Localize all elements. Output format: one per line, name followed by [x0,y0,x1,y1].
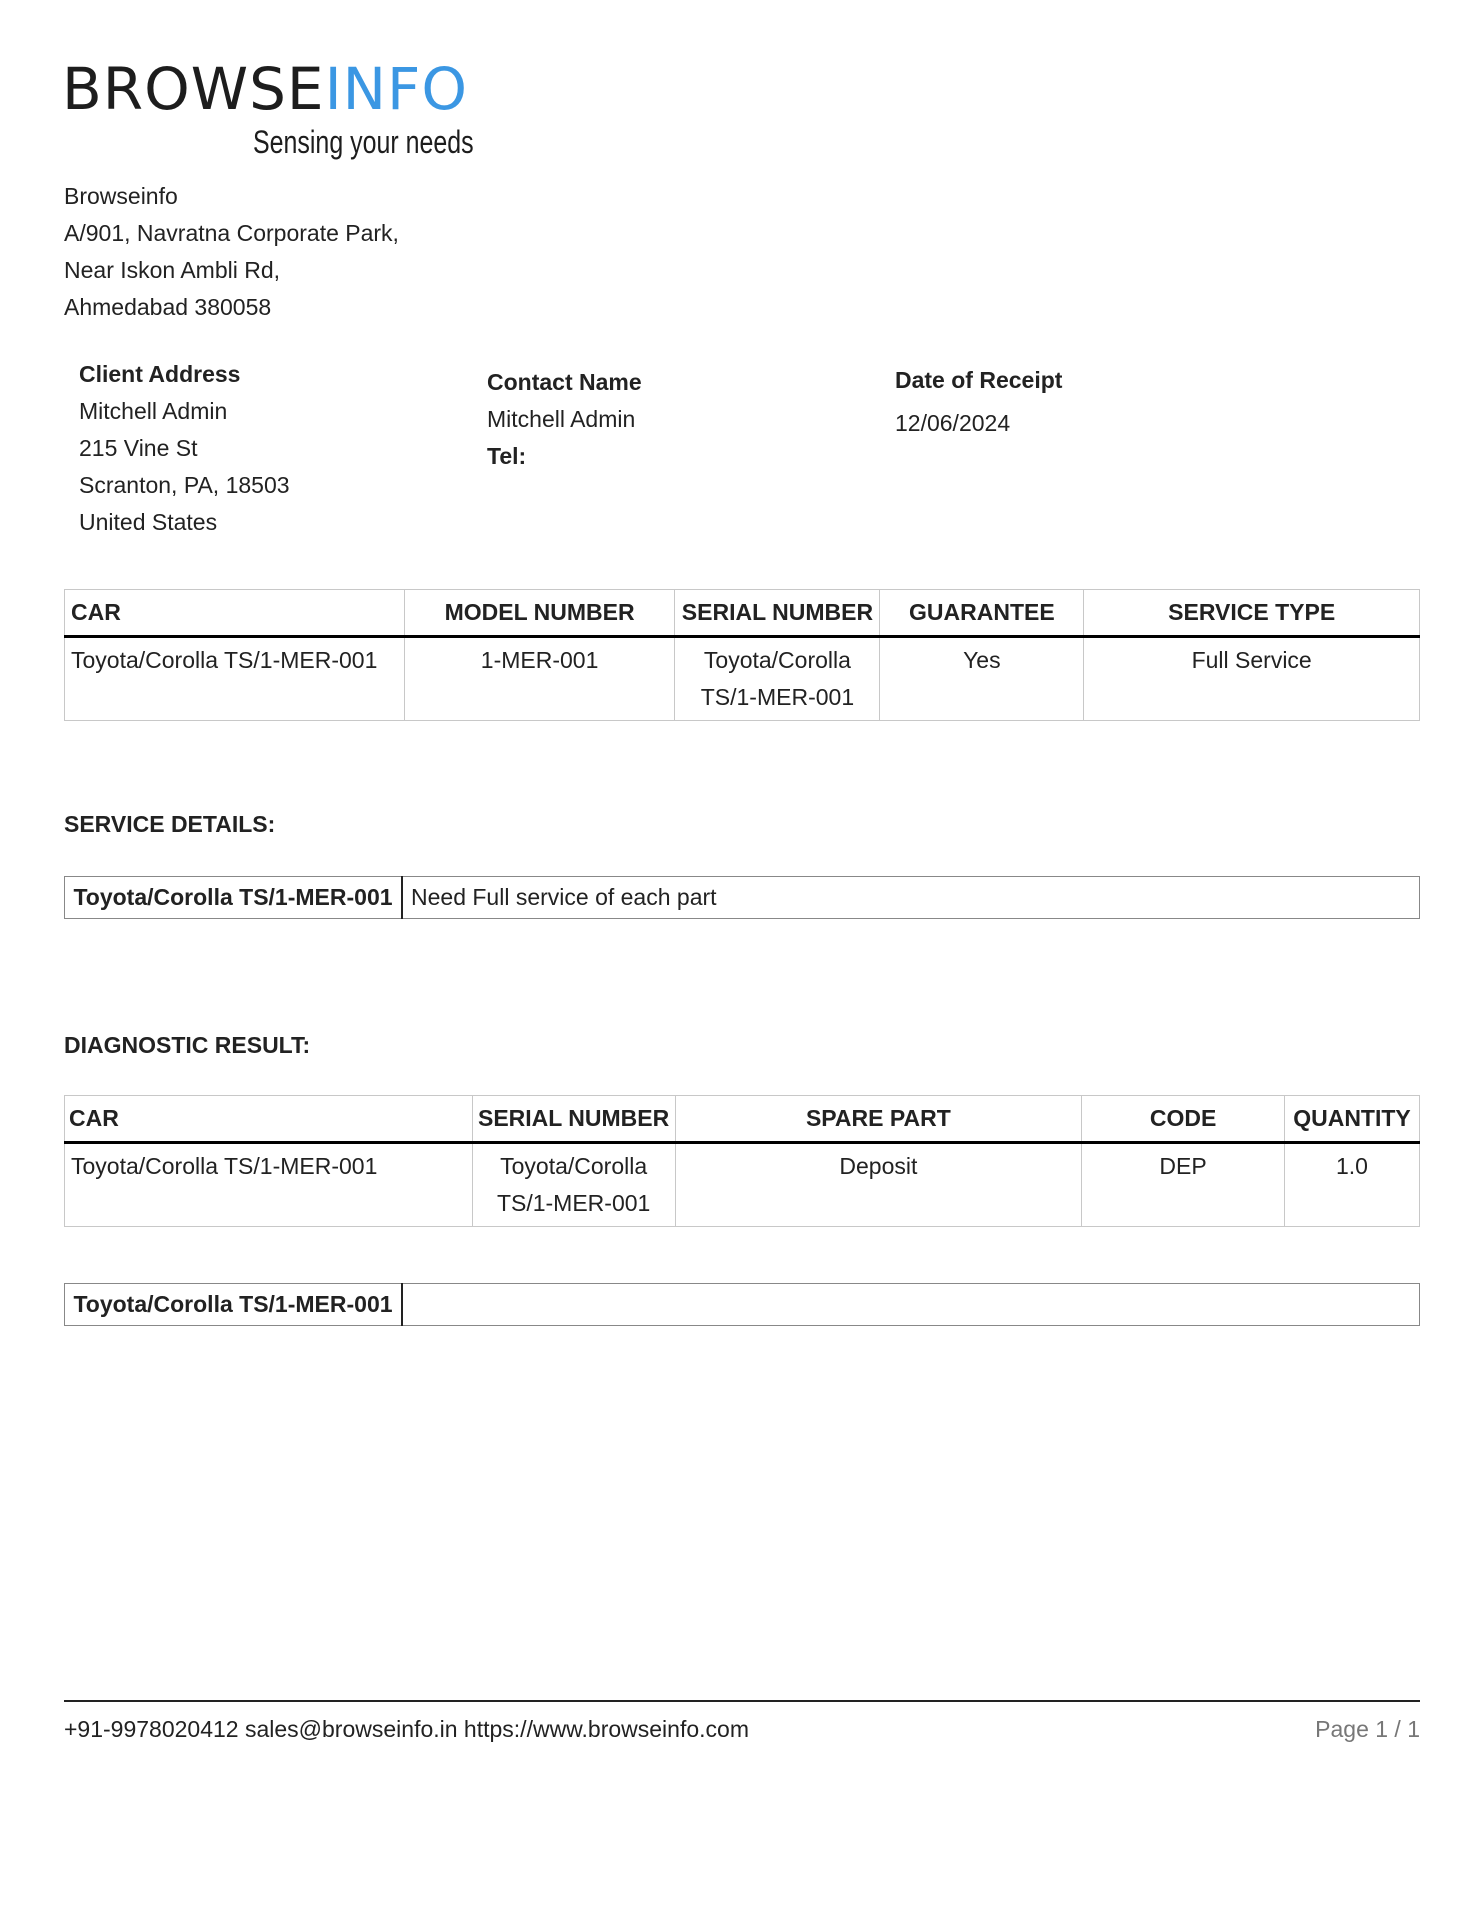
col-header-guarantee: GUARANTEE [880,590,1084,637]
diagnostic-summary-note [402,1284,1420,1326]
service-details-table: Toyota/Corolla TS/1-MER-001 Need Full se… [64,876,1420,919]
cell-model-number: 1-MER-001 [404,637,675,721]
col-header-spare-part: SPARE PART [675,1096,1082,1143]
date-of-receipt: 12/06/2024 [895,405,1062,442]
contact-name-label: Contact Name [487,364,642,401]
diagnostic-summary-table: Toyota/Corolla TS/1-MER-001 [64,1283,1420,1326]
col-header-code: CODE [1082,1096,1285,1143]
car-table: CAR MODEL NUMBER SERIAL NUMBER GUARANTEE… [64,589,1420,721]
diagnostic-table: CAR SERIAL NUMBER SPARE PART CODE QUANTI… [64,1095,1420,1227]
cell-serial-number: Toyota/Corolla TS/1-MER-001 [675,637,880,721]
footer-contact: +91-9978020412 sales@browseinfo.in https… [64,1716,749,1743]
client-city: Scranton, PA, 18503 [79,467,290,504]
company-address-line: Near Iskon Ambli Rd, [64,252,399,289]
cell-spare-part: Deposit [675,1143,1082,1227]
service-details-note: Need Full service of each part [402,877,1420,919]
contact-name: Mitchell Admin [487,401,642,438]
cell-service-type: Full Service [1084,637,1420,721]
company-address: Browseinfo A/901, Navratna Corporate Par… [64,178,399,326]
client-name: Mitchell Admin [79,393,290,430]
logo-tagline: Sensing your needs [253,124,474,161]
col-header-car: CAR [65,1096,473,1143]
client-address-block: Client Address Mitchell Admin 215 Vine S… [79,356,290,541]
receipt-block: Date of Receipt 12/06/2024 [895,362,1062,442]
client-country: United States [79,504,290,541]
col-header-quantity: QUANTITY [1284,1096,1419,1143]
cell-code: DEP [1082,1143,1285,1227]
logo-text-dark: BROWSE [62,55,325,123]
cell-quantity: 1.0 [1284,1143,1419,1227]
diagnostic-summary-car: Toyota/Corolla TS/1-MER-001 [65,1284,403,1326]
company-address-line: A/901, Navratna Corporate Park, [64,215,399,252]
table-header-row: CAR MODEL NUMBER SERIAL NUMBER GUARANTEE… [65,590,1420,637]
cell-serial-number: Toyota/Corolla TS/1-MER-001 [472,1143,675,1227]
company-name: Browseinfo [64,178,399,215]
col-header-service-type: SERVICE TYPE [1084,590,1420,637]
service-details-car: Toyota/Corolla TS/1-MER-001 [65,877,403,919]
company-logo: BROWSEINFO [62,60,468,118]
footer-divider [64,1700,1420,1702]
contact-block: Contact Name Mitchell Admin Tel: [487,364,642,475]
col-header-model-number: MODEL NUMBER [404,590,675,637]
table-row: Toyota/Corolla TS/1-MER-001 [65,1284,1420,1326]
table-row: Toyota/Corolla TS/1-MER-001 Need Full se… [65,877,1420,919]
diagnostic-result-title: DIAGNOSTIC RESULT: [64,1032,310,1059]
col-header-car: CAR [65,590,405,637]
date-of-receipt-label: Date of Receipt [895,362,1062,399]
table-row: Toyota/Corolla TS/1-MER-001 1-MER-001 To… [65,637,1420,721]
cell-car: Toyota/Corolla TS/1-MER-001 [65,1143,473,1227]
client-street: 215 Vine St [79,430,290,467]
cell-car: Toyota/Corolla TS/1-MER-001 [65,637,405,721]
service-details-title: SERVICE DETAILS: [64,811,275,838]
col-header-serial-number: SERIAL NUMBER [675,590,880,637]
page-number: Page 1 / 1 [1315,1716,1420,1743]
tel-label: Tel: [487,438,642,475]
col-header-serial-number: SERIAL NUMBER [472,1096,675,1143]
table-header-row: CAR SERIAL NUMBER SPARE PART CODE QUANTI… [65,1096,1420,1143]
logo-text-accent: INFO [325,55,469,123]
table-row: Toyota/Corolla TS/1-MER-001 Toyota/Corol… [65,1143,1420,1227]
client-address-label: Client Address [79,356,290,393]
cell-guarantee: Yes [880,637,1084,721]
company-address-line: Ahmedabad 380058 [64,289,399,326]
